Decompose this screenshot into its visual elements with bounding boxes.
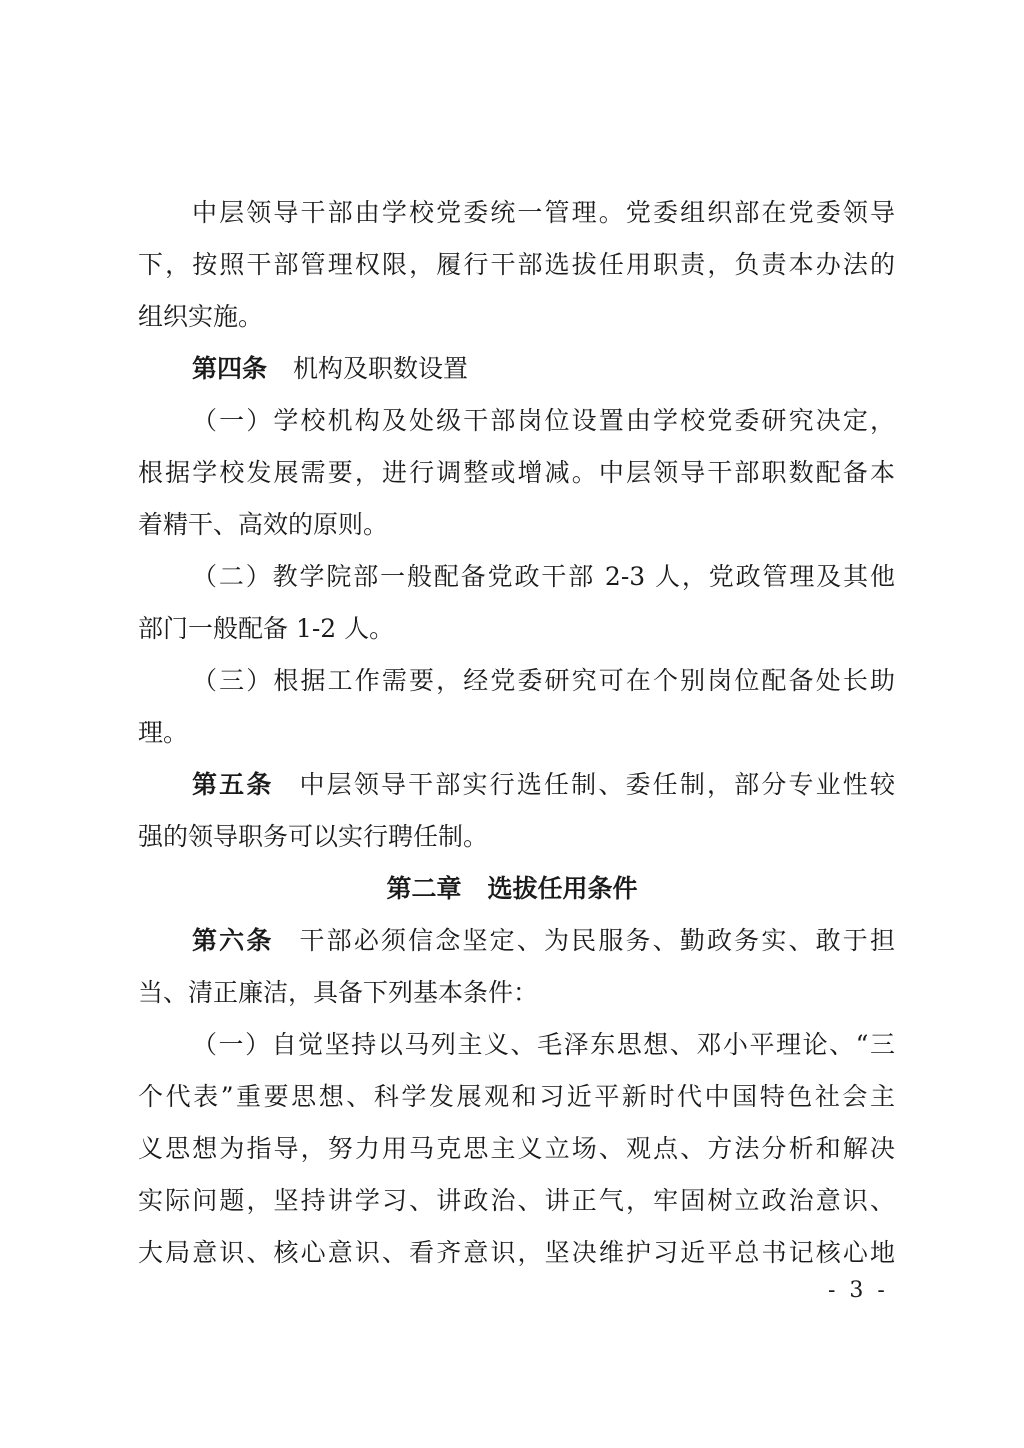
paragraph-line: （一）自觉坚持以马列主义、毛泽东思想、邓小平理论、“三 bbox=[192, 1023, 895, 1067]
article-label: 第四条 bbox=[192, 354, 267, 383]
article-5-line: 第五条中层领导干部实行选任制、委任制，部分专业性较 bbox=[192, 763, 895, 807]
paragraph-line: 大局意识、核心意识、看齐意识，坚决维护习近平总书记核心地 bbox=[138, 1231, 895, 1275]
paragraph-line: （一）学校机构及处级干部岗位设置由学校党委研究决定， bbox=[192, 399, 895, 443]
paragraph-line: 部门一般配备 1-2 人。 bbox=[138, 607, 895, 651]
article-label: 第五条 bbox=[192, 770, 274, 799]
article-4-heading: 第四条机构及职数设置 bbox=[192, 347, 895, 391]
chapter-title: 选拔任用条件 bbox=[488, 874, 638, 903]
paragraph-line: 中层领导干部由学校党委统一管理。党委组织部在党委领导 bbox=[192, 191, 895, 235]
chapter-heading: 第二章选拔任用条件 bbox=[0, 867, 1024, 911]
paragraph-line: （三）根据工作需要，经党委研究可在个别岗位配备处长助 bbox=[192, 659, 895, 703]
article-title: 机构及职数设置 bbox=[293, 354, 468, 383]
paragraph-line: （二）教学院部一般配备党政干部 2-3 人，党政管理及其他 bbox=[192, 555, 895, 599]
paragraph-line: 实际问题，坚持讲学习、讲政治、讲正气，牢固树立政治意识、 bbox=[138, 1179, 895, 1223]
paragraph-line: 强的领导职务可以实行聘任制。 bbox=[138, 815, 895, 859]
page-number: - 3 - bbox=[828, 1276, 885, 1306]
document-page: 中层领导干部由学校党委统一管理。党委组织部在党委领导 下，按照干部管理权限，履行… bbox=[0, 0, 1024, 1448]
article-6-line: 第六条干部必须信念坚定、为民服务、勤政务实、敢于担 bbox=[192, 919, 895, 963]
article-text: 干部必须信念坚定、为民服务、勤政务实、敢于担 bbox=[300, 926, 895, 955]
paragraph-line: 理。 bbox=[138, 711, 895, 755]
paragraph-line: 当、清正廉洁，具备下列基本条件： bbox=[138, 971, 895, 1015]
paragraph-line: 根据学校发展需要，进行调整或增减。中层领导干部职数配备本 bbox=[138, 451, 895, 495]
article-label: 第六条 bbox=[192, 926, 274, 955]
paragraph-line: 着精干、高效的原则。 bbox=[138, 503, 895, 547]
paragraph-line: 组织实施。 bbox=[138, 295, 895, 339]
paragraph-line: 下，按照干部管理权限，履行干部选拔任用职责，负责本办法的 bbox=[138, 243, 895, 287]
paragraph-line: 义思想为指导，努力用马克思主义立场、观点、方法分析和解决 bbox=[138, 1127, 895, 1171]
chapter-number: 第二章 bbox=[386, 874, 461, 903]
article-text: 中层领导干部实行选任制、委任制，部分专业性较 bbox=[300, 770, 895, 799]
paragraph-line: 个代表”重要思想、科学发展观和习近平新时代中国特色社会主 bbox=[138, 1075, 895, 1119]
